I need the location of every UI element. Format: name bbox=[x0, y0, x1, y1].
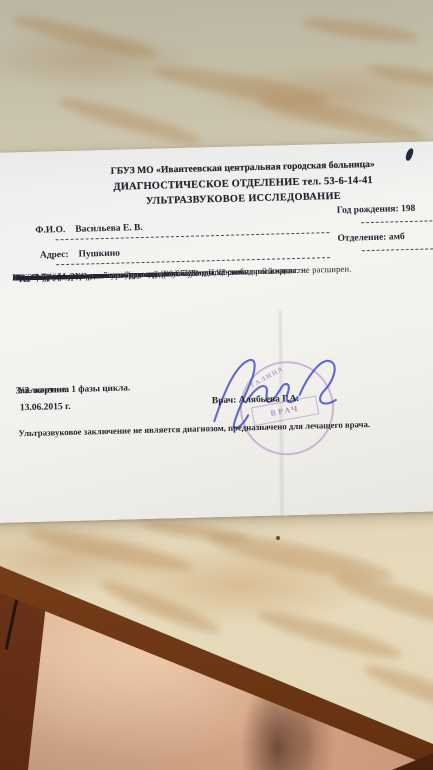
marble-streak bbox=[365, 61, 433, 95]
marble-streak bbox=[255, 91, 425, 146]
marble-streak bbox=[360, 658, 433, 721]
birth-year: Год рождения: 198 bbox=[337, 202, 433, 216]
marble-streak bbox=[55, 92, 204, 151]
fio-value: Васильева Е. В. bbox=[75, 223, 143, 235]
dashed-line bbox=[362, 248, 433, 251]
photo-scene: ГБУЗ МО «Ивантеевская центральная городс… bbox=[0, 0, 433, 770]
dashed-line bbox=[361, 220, 433, 223]
report-date: 13.06.2015 г. bbox=[20, 402, 71, 413]
patient-department: Отделение: амб bbox=[337, 230, 433, 244]
fio-label: Ф.И.О. bbox=[35, 225, 65, 236]
patient-fio-row: Ф.И.О.Васильева Е. В. bbox=[35, 223, 143, 236]
address-label: Адрес: bbox=[40, 250, 69, 261]
marble-streak bbox=[140, 517, 251, 545]
marble-streak bbox=[10, 10, 160, 64]
report-paper: ГБУЗ МО «Ивантеевская центральная городс… bbox=[0, 141, 433, 524]
marble-streak bbox=[299, 14, 420, 47]
marble-streak bbox=[255, 605, 405, 666]
patient-address-row: Адрес:Пушкино bbox=[40, 249, 120, 261]
report-header: ГБУЗ МО «Ивантеевская центральная городс… bbox=[33, 157, 433, 210]
report-body: Описание исследования: Первый день после… bbox=[12, 261, 433, 273]
dirt-speck bbox=[276, 536, 280, 540]
address-value: Пушкино bbox=[78, 249, 120, 260]
